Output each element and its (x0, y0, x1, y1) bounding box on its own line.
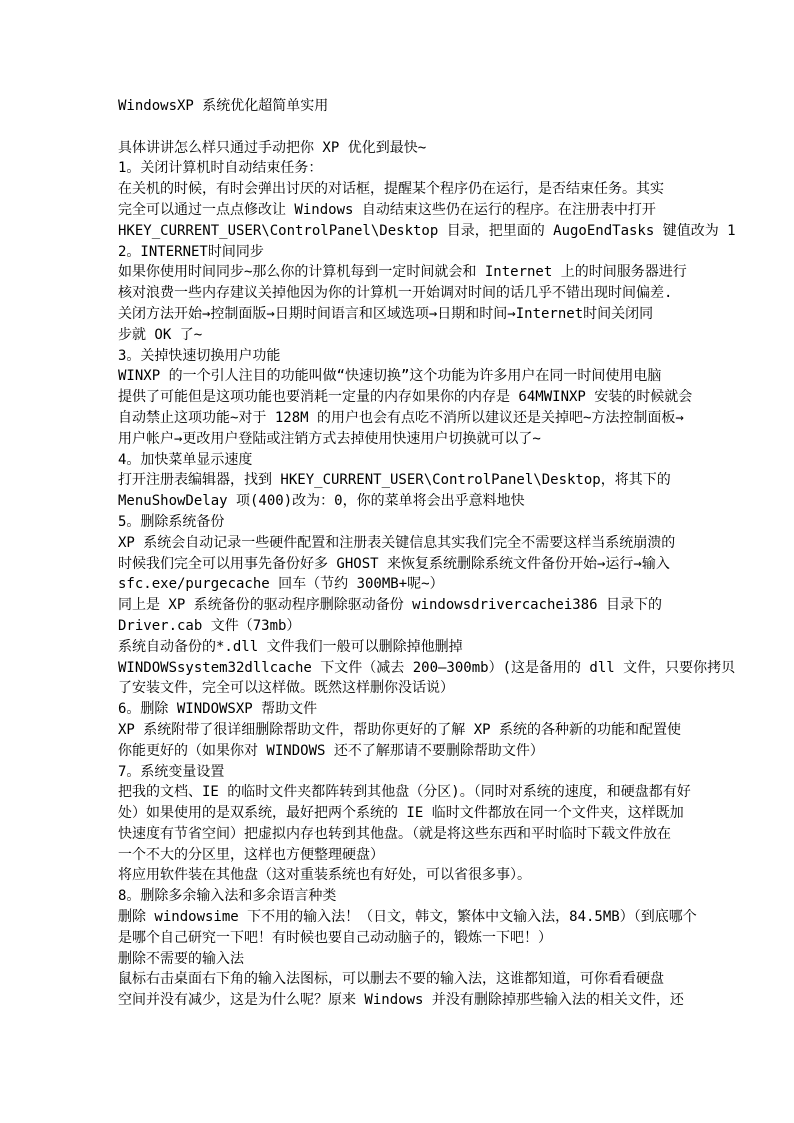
text-line: 8。删除多余输入法和多余语言种类 (118, 886, 684, 907)
text-line: WINXP 的一个引人注目的功能叫做“快速切换”这个功能为许多用户在同一时间使用… (118, 366, 684, 387)
text-line: 核对浪费一些内存建议关掉他因为你的计算机一开始调对时间的话几乎不错出现时间偏差. (118, 283, 684, 304)
text-line: WINDOWSsystem32dllcache 下文件（减去 200—300mb… (118, 658, 684, 679)
text-line: 自动禁止这项功能~对于 128M 的用户也会有点吃不消所以建议还是关掉吧~方法控… (118, 408, 684, 429)
text-line: 同上是 XP 系统备份的驱动程序删除驱动备份 windowsdrivercach… (118, 595, 684, 616)
text-line: 2。INTERNET时间同步 (118, 242, 684, 263)
text-line: Driver.cab 文件（73mb） (118, 616, 684, 637)
text-line: 时候我们完全可以用事先备份好多 GHOST 来恢复系统删除系统文件备份开始→运行… (118, 554, 684, 575)
text-line: 快速度有节省空间）把虚拟内存也转到其他盘。（就是将这些东西和平时临时下载文件放在 (118, 824, 684, 845)
text-line: 是哪个自己研究一下吧！有时候也要自己动动脑子的，锻炼一下吧！） (118, 928, 684, 949)
text-line: HKEY_CURRENT_USER\ControlPanel\Desktop 目… (118, 221, 684, 242)
text-line: 打开注册表编辑器，找到 HKEY_CURRENT_USER\ControlPan… (118, 470, 684, 491)
text-line: 完全可以通过一点点修改让 Windows 自动结束这些仍在运行的程序。在注册表中… (118, 200, 684, 221)
text-line: 空间并没有减少，这是为什么呢？原来 Windows 并没有删除掉那些输入法的相关… (118, 990, 684, 1011)
text-line: 步就 OK 了~ (118, 325, 684, 346)
document-title: WindowsXP 系统优化超简单实用 (118, 96, 684, 117)
body-lines: 具体讲讲怎么样只通过手动把你 XP 优化到最快~1。关闭计算机时自动结束任务：在… (118, 138, 684, 1011)
text-line: sfc.exe/purgecache 回车（节约 300MB+呢~） (118, 574, 684, 595)
text-line: XP 系统会自动记录一些硬件配置和注册表关键信息其实我们完全不需要这样当系统崩溃… (118, 533, 684, 554)
text-line: 4。加快菜单显示速度 (118, 450, 684, 471)
text-line: 删除不需要的输入法 (118, 949, 684, 970)
text-line: 了安装文件，完全可以这样做。既然这样删你没话说） (118, 678, 684, 699)
text-line: 具体讲讲怎么样只通过手动把你 XP 优化到最快~ (118, 138, 684, 159)
document-page: WindowsXP 系统优化超简单实用 具体讲讲怎么样只通过手动把你 XP 优化… (0, 0, 794, 1123)
text-line: 你能更好的（如果你对 WINDOWS 还不了解那请不要删除帮助文件） (118, 741, 684, 762)
text-line: XP 系统附带了很详细删除帮助文件，帮助你更好的了解 XP 系统的各种新的功能和… (118, 720, 684, 741)
blank-line (118, 117, 684, 138)
text-line: 1。关闭计算机时自动结束任务： (118, 158, 684, 179)
text-line: 6。删除 WINDOWSXP 帮助文件 (118, 699, 684, 720)
document-body: WindowsXP 系统优化超简单实用 具体讲讲怎么样只通过手动把你 XP 优化… (118, 96, 684, 1011)
text-line: 关闭方法开始→控制面版→日期时间语言和区域选项→日期和时间→Internet时间… (118, 304, 684, 325)
text-line: 一个不大的分区里，这样也方便整理硬盘） (118, 845, 684, 866)
text-line: 删除 windowsime 下不用的输入法！（日文，韩文，繁体中文输入法，84.… (118, 907, 684, 928)
text-line: 5。删除系统备份 (118, 512, 684, 533)
text-line: 7。系统变量设置 (118, 762, 684, 783)
text-line: 处）如果使用的是双系统，最好把两个系统的 IE 临时文件都放在同一个文件夹，这样… (118, 803, 684, 824)
text-line: 鼠标右击桌面右下角的输入法图标，可以删去不要的输入法，这谁都知道，可你看看硬盘 (118, 969, 684, 990)
text-line: 提供了可能但是这项功能也要消耗一定量的内存如果你的内存是 64MWINXP 安装… (118, 387, 684, 408)
text-line: 把我的文档、IE 的临时文件夹都阵转到其他盘（分区)。（同时对系统的速度，和硬盘… (118, 782, 684, 803)
text-line: 在关机的时候，有时会弹出讨厌的对话框，提醒某个程序仍在运行，是否结束任务。其实 (118, 179, 684, 200)
text-line: 用户帐户→更改用户登陆或注销方式去掉使用快速用户切换就可以了~ (118, 429, 684, 450)
text-line: 如果你使用时间同步~那么你的计算机每到一定时间就会和 Internet 上的时间… (118, 262, 684, 283)
text-line: 将应用软件装在其他盘（这对重装系统也有好处，可以省很多事）。 (118, 865, 684, 886)
text-line: 系统自动备份的*.dll 文件我们一般可以删除掉他删掉 (118, 637, 684, 658)
text-line: MenuShowDelay 项(400)改为：0，你的菜单将会出乎意料地快 (118, 491, 684, 512)
text-line: 3。关掉快速切换用户功能 (118, 346, 684, 367)
